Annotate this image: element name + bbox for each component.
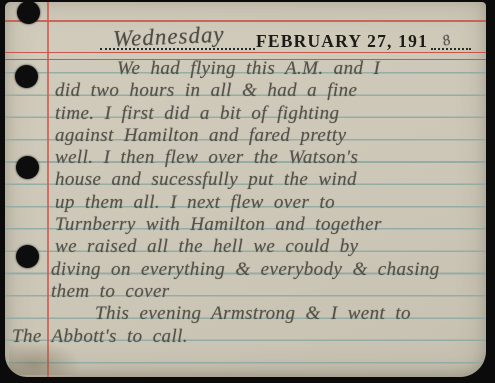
handwritten-line: diving on everything & everybody & chasi…	[5, 259, 482, 281]
handwritten-line: We had flying this A.M. and I	[5, 58, 482, 80]
punch-hole	[17, 2, 40, 24]
handwritten-line: them to cover	[5, 281, 482, 303]
handwritten-line: against Hamilton and fared pretty	[5, 125, 482, 147]
handwritten-line: up them all. I next flew over to	[5, 192, 482, 214]
scan-background: Wednesday FEBRUARY 27, 191 8 We had flyi…	[0, 0, 495, 383]
handwritten-line: we raised all the hell we could by	[5, 236, 482, 258]
diary-text: We had flying this A.M. and Idid two hou…	[5, 58, 482, 348]
weekday-handwritten: Wednesday	[112, 22, 225, 53]
handwritten-line: well. I then flew over the Watson's	[5, 147, 482, 169]
printed-date: FEBRUARY 27, 191	[256, 31, 428, 52]
handwritten-line: time. I first did a bit of fighting	[5, 103, 482, 125]
handwritten-line: Turnberry with Hamilton and together	[5, 214, 482, 236]
handwritten-line: The Abbott's to call.	[5, 326, 482, 348]
handwritten-line: house and sucessfully put the wind	[5, 169, 482, 191]
handwritten-line: did two hours in all & had a fine	[5, 80, 482, 102]
top-red-rule	[5, 20, 486, 22]
handwritten-line: This evening Armstrong & I went to	[5, 303, 482, 325]
diary-page: Wednesday FEBRUARY 27, 191 8 We had flyi…	[5, 2, 486, 377]
